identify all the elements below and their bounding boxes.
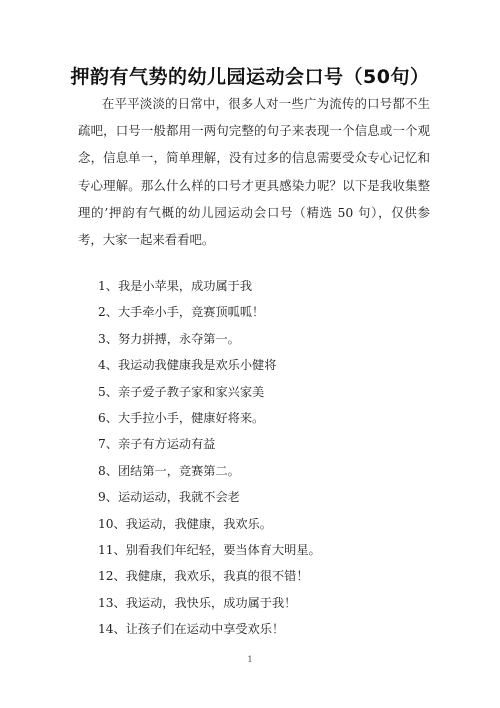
intro-paragraph: 在平平淡淡的日常中，很多人对一些广为流传的口号都不生疏吧，口号一般都用一两句完整… — [78, 90, 430, 253]
list-item: 5、亲子爱子教子家和家兴家美 — [98, 379, 438, 405]
list-item: 11、别看我们年纪轻，要当体育大明星。 — [98, 537, 438, 563]
list-item: 12、我健康，我欢乐，我真的很不错！ — [98, 563, 438, 589]
document-title: 押韵有气势的幼儿园运动会口号（50句） — [0, 62, 500, 89]
list-item: 3、努力拼搏，永夺第一。 — [98, 326, 438, 352]
slogan-list: 1、我是小苹果，成功属于我 2、大手牵小手，竞赛顶呱呱！ 3、努力拼搏，永夺第一… — [98, 273, 438, 642]
list-item: 2、大手牵小手，竞赛顶呱呱！ — [98, 299, 438, 325]
list-item: 10、我运动，我健康，我欢乐。 — [98, 511, 438, 537]
list-item: 8、团结第一，竞赛第二。 — [98, 458, 438, 484]
list-item: 7、亲子有方运动有益 — [98, 431, 438, 457]
list-item: 4、我运动我健康我是欢乐小健将 — [98, 352, 438, 378]
list-item: 9、运动运动，我就不会老 — [98, 484, 438, 510]
page-number: 1 — [0, 655, 500, 664]
list-item: 1、我是小苹果，成功属于我 — [98, 273, 438, 299]
list-item: 6、大手拉小手，健康好将来。 — [98, 405, 438, 431]
list-item: 13、我运动，我快乐，成功属于我！ — [98, 590, 438, 616]
list-item: 14、让孩子们在运动中享受欢乐！ — [98, 616, 438, 642]
